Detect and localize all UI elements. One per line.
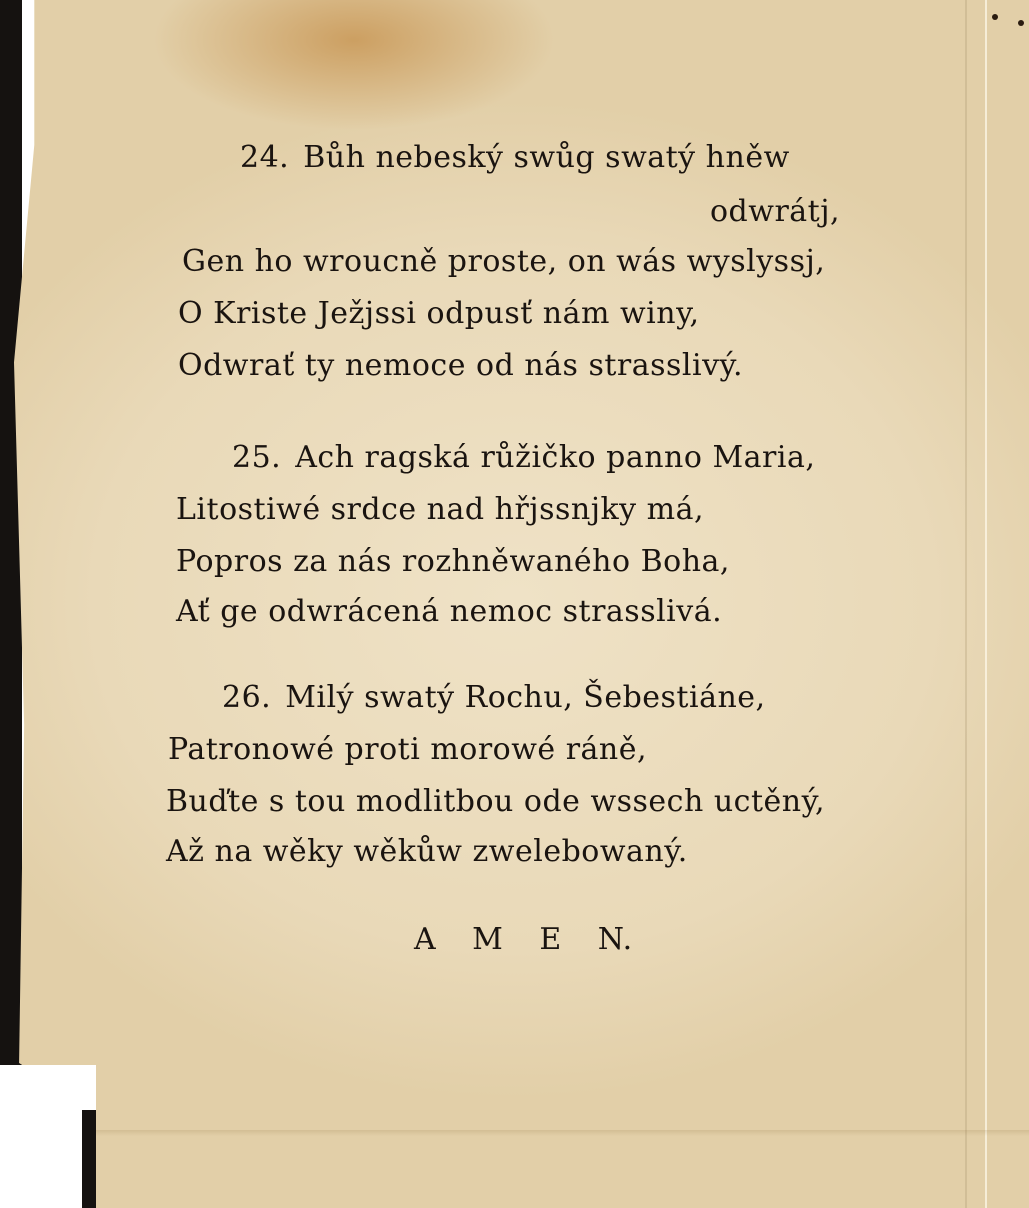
stanza-24-line-1-cont: odwrátj,: [710, 194, 840, 229]
amen-letter: E: [539, 922, 561, 957]
stanza-26-line-4: Až na wěky wěkůw zwelebowaný.: [166, 834, 688, 869]
stanza-25-line-2: Litostiwé srdce nad hřjssnjky má,: [176, 492, 704, 527]
ink-speck: [992, 14, 998, 20]
verse-text: Bůh nebeský swůg swatý hněw: [303, 140, 790, 175]
stanza-24-line-2: Gen ho wroucně proste, on wás wyslyssj,: [182, 244, 825, 279]
stanza-25-line-1: 25.Ach ragská růžičko panno Maria,: [232, 440, 815, 475]
amen-letter: M: [472, 922, 503, 957]
amen-letter: A: [414, 922, 436, 957]
page-fold-line: [985, 0, 987, 1208]
amen-letter: N.: [598, 922, 633, 957]
stanza-number: 26.: [222, 680, 271, 715]
verse-text: Milý swatý Rochu, Šebestiáne,: [285, 680, 765, 715]
stanza-24-line-3: O Kriste Ježjssi odpusť nám winy,: [178, 296, 700, 331]
stanza-24-line-4: Odwrať ty nemoce od nás strasslivý.: [178, 348, 743, 383]
book-spine-edge: [0, 0, 22, 1070]
page-fold-shadow: [965, 0, 967, 1208]
stanza-26-line-2: Patronowé proti morowé ráně,: [168, 732, 647, 767]
stanza-25-line-3: Popros za nás rozhněwaného Boha,: [176, 544, 730, 579]
bottom-crease: [96, 1130, 1029, 1136]
stanza-26-line-1: 26.Milý swatý Rochu, Šebestiáne,: [222, 680, 766, 715]
closing-amen: AMEN.: [414, 922, 669, 957]
stanza-24-line-1: 24.Bůh nebeský swůg swatý hněw: [240, 140, 790, 175]
stanza-26-line-3: Buďte s tou modlitbou ode wssech uctěný,: [166, 784, 825, 819]
verse-text: Ach ragská růžičko panno Maria,: [295, 440, 815, 475]
stanza-number: 24.: [240, 140, 289, 175]
stanza-number: 25.: [232, 440, 281, 475]
stanza-25-line-4: Ať ge odwrácená nemoc strasslivá.: [176, 594, 722, 629]
ink-speck: [1018, 20, 1024, 26]
book-spine-edge-lower: [82, 1110, 96, 1208]
